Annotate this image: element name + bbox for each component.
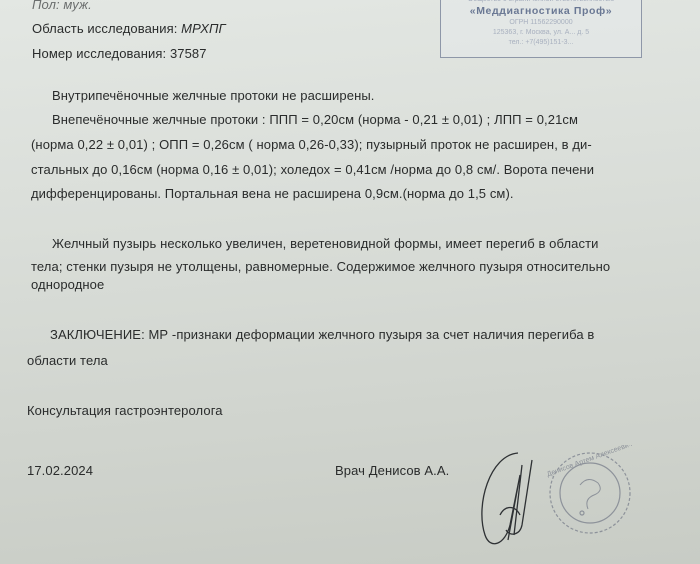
finding-intrahepatic: Внутрипечёночные желчные протоки не расш… — [52, 88, 375, 103]
finding-gallbladder-line: однородное — [31, 277, 104, 292]
study-area: Область исследования: МРХПГ — [32, 21, 226, 36]
stamp-ogrn: ОГРН 11562290000 — [441, 18, 641, 28]
stamp-org-name: «Меддиагностика Проф» — [441, 5, 641, 18]
organization-stamp: Общество с ограниченной ответственностью… — [440, 0, 642, 58]
finding-extrahepatic-line: дифференцированы. Портальная вена не рас… — [31, 186, 514, 201]
recommendation: Консультация гастроэнтеролога — [27, 403, 223, 418]
signature-and-seal: Денисов Артем Алексеевич — [470, 445, 690, 564]
finding-extrahepatic-line: Внепечёночные желчные протоки : ППП = 0,… — [52, 112, 578, 127]
study-area-value: МРХПГ — [181, 21, 226, 36]
stamp-phone: тел.: +7(495)151-3... — [441, 38, 641, 48]
study-area-label: Область исследования: — [32, 21, 177, 36]
conclusion-line: ЗАКЛЮЧЕНИЕ: МР -признаки деформации желч… — [50, 327, 594, 342]
study-number-value: 37587 — [170, 46, 207, 61]
signature-icon — [482, 453, 532, 544]
patient-sex: Пол: муж. — [32, 0, 92, 12]
finding-extrahepatic-line: (норма 0,22 ± 0,01) ; ОПП = 0,26см ( нор… — [31, 137, 592, 152]
svg-text:Денисов Артем Алексеевич: Денисов Артем Алексеевич — [546, 445, 633, 478]
finding-extrahepatic-line: стальных до 0,16см (норма 0,16 ± 0,01); … — [31, 162, 594, 177]
stamp-address: 125363, г. Москва, ул. А... д. 5 — [441, 28, 641, 38]
report-date: 17.02.2024 — [27, 463, 93, 478]
study-number: Номер исследования: 37587 — [32, 46, 207, 61]
conclusion-line: области тела — [27, 353, 108, 368]
doctor-name: Врач Денисов А.А. — [335, 463, 449, 478]
study-number-label: Номер исследования: — [32, 46, 166, 61]
doctor-seal-icon: Денисов Артем Алексеевич — [546, 445, 633, 533]
finding-gallbladder-line: тела; стенки пузыря не утолщены, равноме… — [31, 259, 610, 274]
finding-gallbladder-line: Желчный пузырь несколько увеличен, верет… — [52, 236, 599, 251]
